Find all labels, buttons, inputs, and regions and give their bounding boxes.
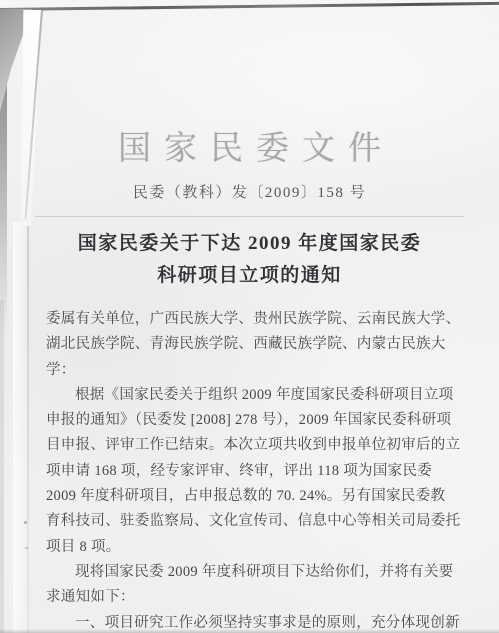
body-line: 现将国家民委 2009 年度科研项目下达给你们，并将有关要 <box>46 560 466 585</box>
document-content: 国家民委文件 民委（教科）发〔2009〕158 号 国家民委关于下达 2009 … <box>0 0 499 633</box>
body-line: 求通知如下： <box>46 585 466 610</box>
body-line: 目申报、评审工作已结束。本次立项共收到申报单位初审后的立 <box>46 433 466 458</box>
page-bottom-edge-shadow <box>0 629 499 633</box>
body-line: 申报的通知》（民委发 [2008] 278 号），2009 年国家民委科研项 <box>46 408 466 433</box>
body-line: 学： <box>46 358 466 383</box>
body-line: 项目 8 项。 <box>46 535 466 560</box>
document-heading: 国家民委关于下达 2009 年度国家民委 科研项目立项的通知 <box>0 228 499 292</box>
body-line: 2009 年度科研项目，占申报总数的 70. 24%。另有国家民委教 <box>46 484 466 509</box>
document-body: 委属有关单位，广西民族大学、贵州民族学院、云南民族大学、 湖北民族学院、青海民族… <box>46 307 466 633</box>
body-line: 育科技司、驻委监察局、文化宣传司、信息中心等相关司局委托 <box>46 509 466 534</box>
body-line: 湖北民族学院、青海民族学院、西藏民族学院、内蒙古民族大 <box>46 332 466 357</box>
body-line: 根据《国家民委关于组织 2009 年度国家民委科研项目立项 <box>46 383 466 408</box>
scanned-document-page: 国家民委文件 民委（教科）发〔2009〕158 号 国家民委关于下达 2009 … <box>0 0 499 633</box>
body-line: 项申请 168 项，经专家评审、终审，评出 118 项为国家民委 <box>46 459 466 484</box>
document-reference-number: 民委（教科）发〔2009〕158 号 <box>0 184 499 202</box>
document-banner-title: 国家民委文件 <box>0 126 499 172</box>
document-heading-line2: 科研项目立项的通知 <box>0 260 499 292</box>
banner-divider-line <box>35 216 464 217</box>
document-heading-line1: 国家民委关于下达 2009 年度国家民委 <box>0 228 499 260</box>
body-line: 委属有关单位，广西民族大学、贵州民族学院、云南民族大学、 <box>46 307 466 332</box>
